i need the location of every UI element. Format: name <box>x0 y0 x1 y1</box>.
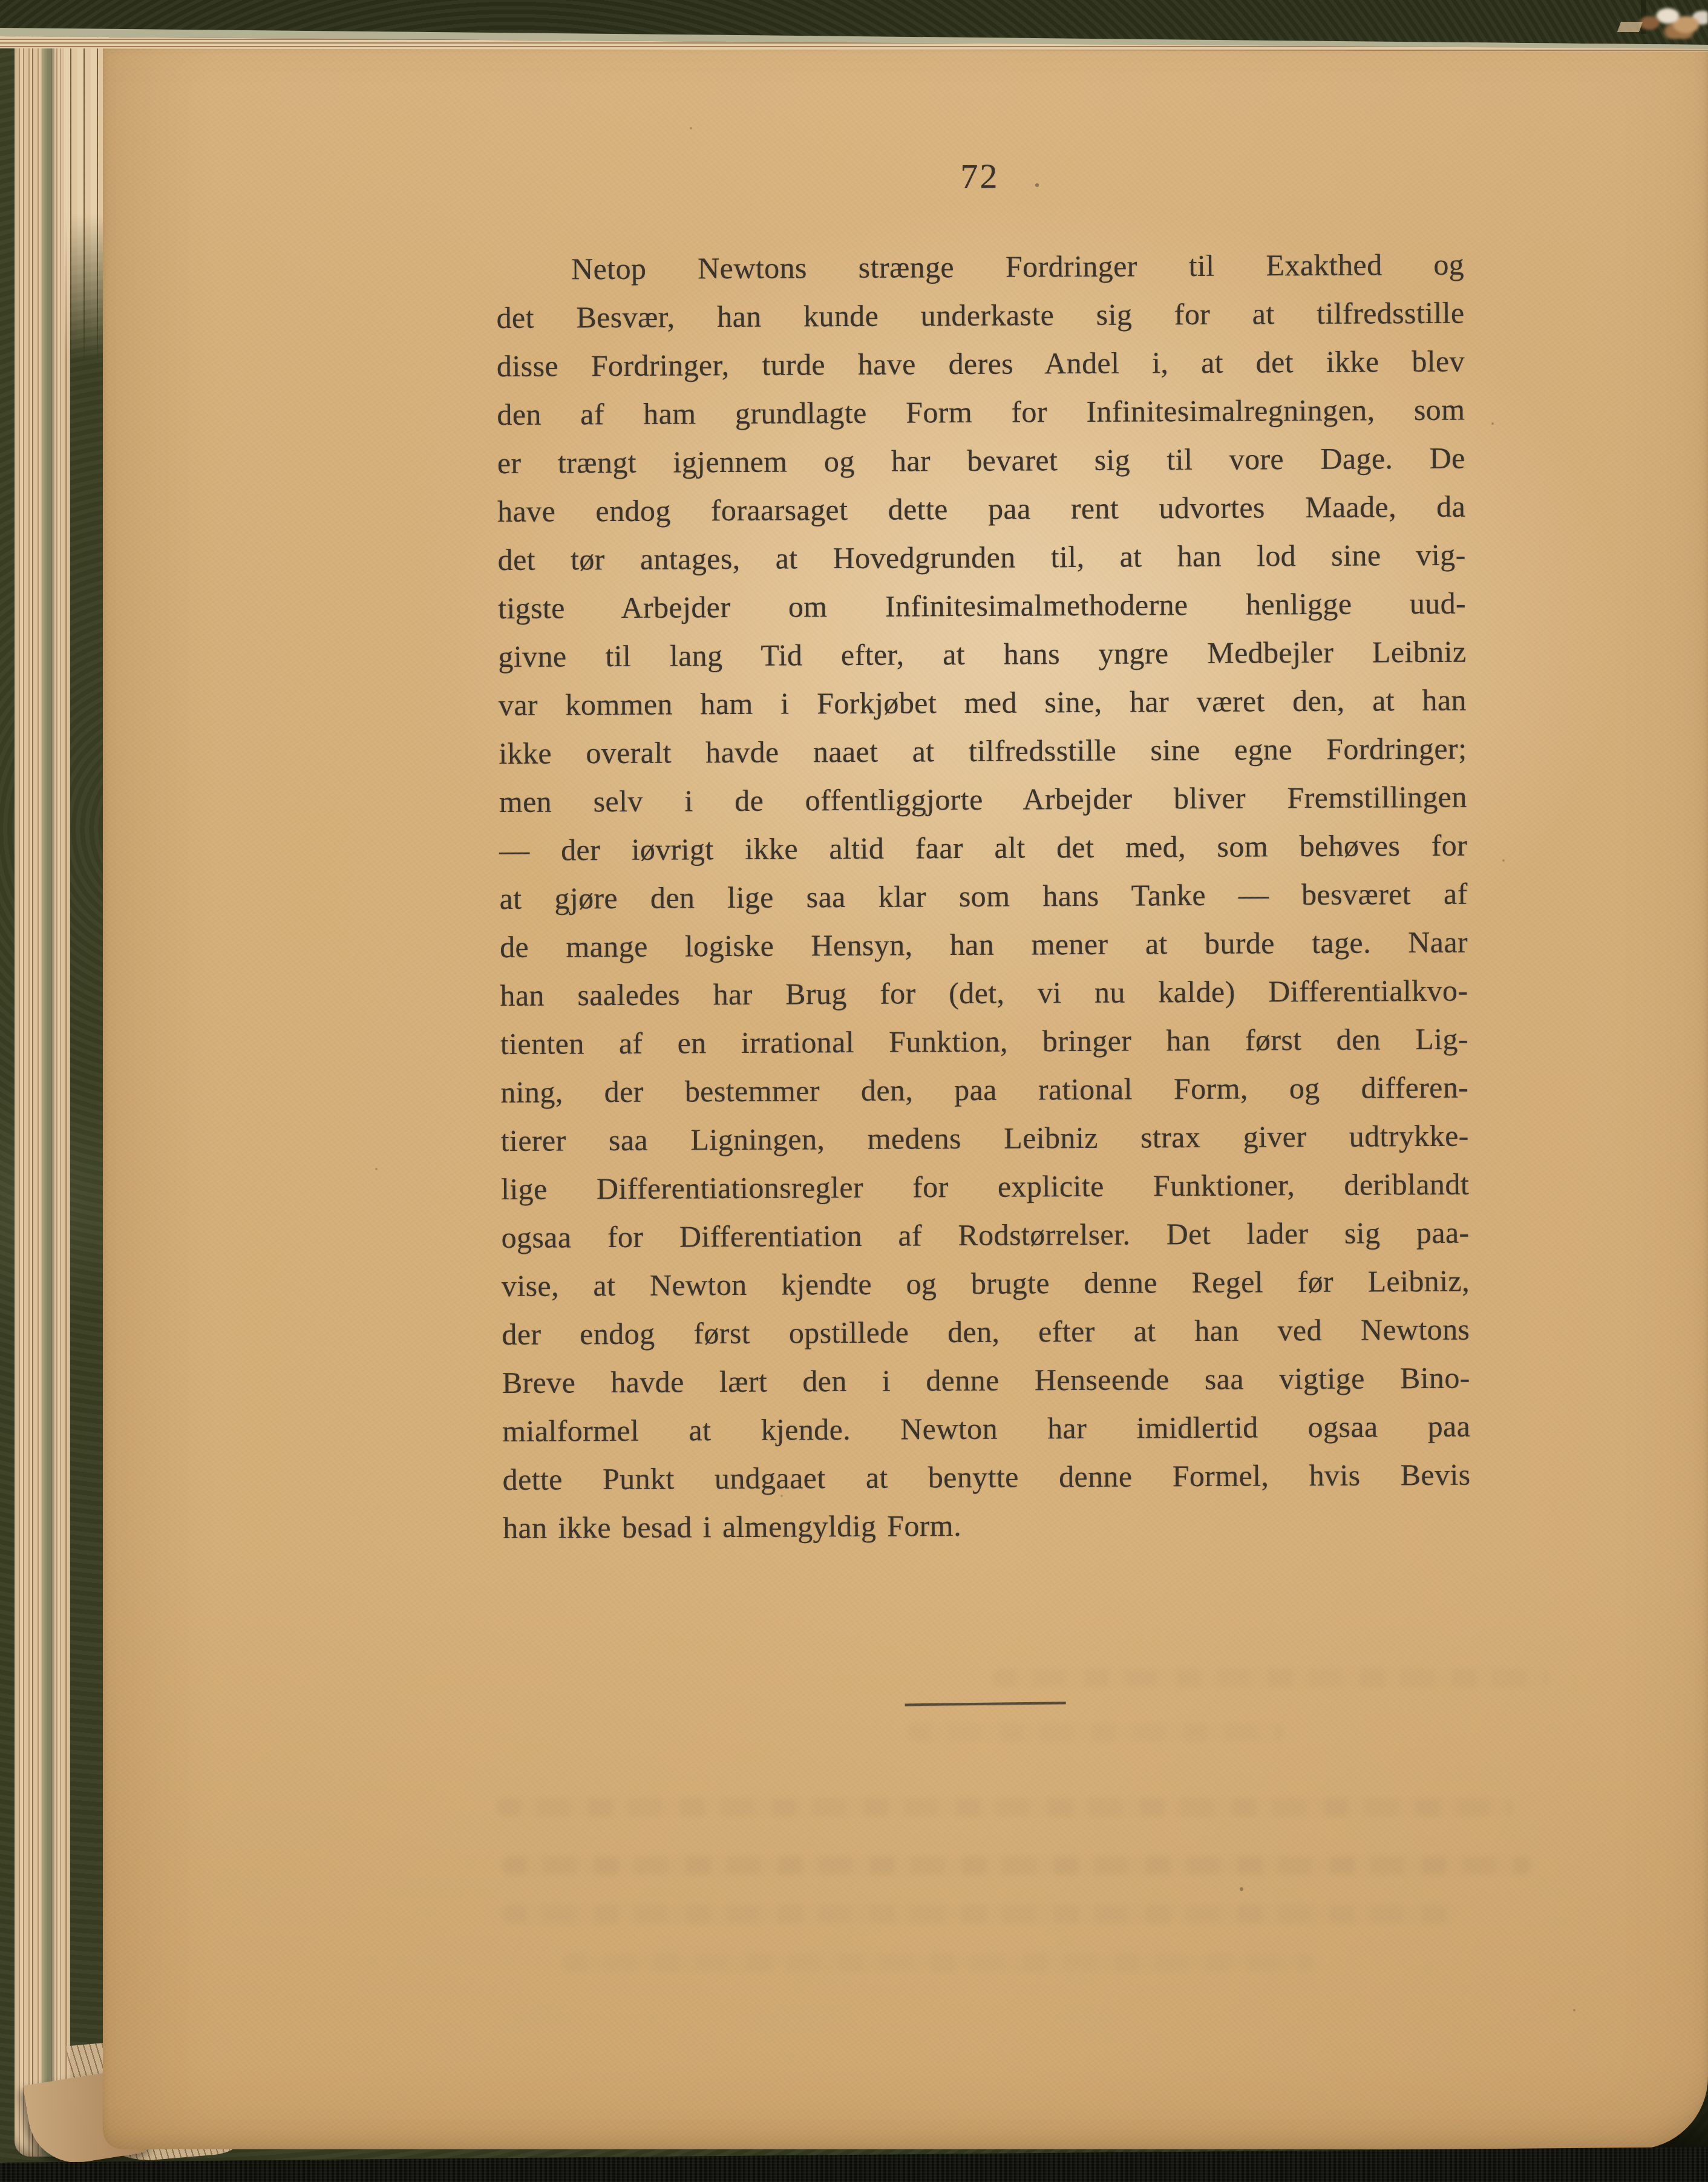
text-line: det Besvær, han kunde underkaste sig for… <box>496 289 1464 342</box>
text-line: det tør antages, at Hovedgrunden til, at… <box>497 531 1465 584</box>
text-line: — der iøvrigt ikke altid faar alt det me… <box>499 821 1467 874</box>
page-number: 72 <box>496 156 1464 197</box>
text-line: den af ham grundlagte Form for Infinites… <box>497 385 1465 439</box>
text-line: givne til lang Tid efter, at hans yngre … <box>498 627 1466 681</box>
book-photo: 72 Netop Newtons strænge Fordringer til … <box>0 0 1708 2182</box>
text-line: Netop Newtons strænge Fordringer til Exa… <box>496 240 1464 293</box>
text-line: have endog foraarsaget dette paa rent ud… <box>497 482 1465 536</box>
cover-wear-fleck <box>1617 22 1643 32</box>
text-line: dette Punkt undgaaet at benytte denne Fo… <box>502 1450 1470 1504</box>
cover-wear-patch <box>1635 4 1708 39</box>
text-line: at gjøre den lige saa klar som hans Tank… <box>499 870 1467 923</box>
text-line: mialformel at kjende. Newton har imidler… <box>502 1402 1470 1455</box>
text-line: men selv i de offentliggjorte Arbejder b… <box>499 773 1467 826</box>
text-line: han ikke besad i almengyldig Form. <box>503 1499 1471 1552</box>
show-through-text-row <box>502 1905 1458 1923</box>
text-line: er trængt igjennem og har bevaret sig ti… <box>497 434 1465 487</box>
show-through-text-row <box>992 1669 1549 1687</box>
show-through-text-row <box>496 1798 1513 1817</box>
text-line: der endog først opstillede den, efter at… <box>502 1305 1470 1358</box>
printed-content: 72 Netop Newtons strænge Fordringer til … <box>102 36 1708 2152</box>
text-line: ning, der bestemmer den, paa rational Fo… <box>500 1063 1468 1116</box>
book-page: 72 Netop Newtons strænge Fordringer til … <box>103 42 1708 2149</box>
text-line: var kommen ham i Forkjøbet med sine, har… <box>499 676 1467 729</box>
text-line: tienten af en irrational Funktion, bring… <box>500 1015 1468 1068</box>
text-line: ogsaa for Differentiation af Rodstørrels… <box>501 1208 1469 1262</box>
show-through-text-row <box>908 1723 1283 1741</box>
text-line: disse Fordringer, turde have deres Andel… <box>497 337 1465 390</box>
text-line: ikke overalt havde naaet at tilfredsstil… <box>499 724 1467 778</box>
text-line: vise, at Newton kjendte og brugte denne … <box>502 1257 1470 1310</box>
show-through-text-row <box>563 1953 1313 1971</box>
text-line: han saaledes har Brug for (det, vi nu ka… <box>500 966 1468 1020</box>
section-divider-rule <box>905 1702 1066 1706</box>
text-line: tigste Arbejder om Infinitesimalmethoder… <box>498 579 1466 632</box>
show-through-text-row <box>502 1856 1531 1875</box>
page-stack-olive-strip <box>40 33 54 2157</box>
page-stack-fore-edges <box>15 33 70 2157</box>
text-line: de mange logiske Hensyn, han mener at bu… <box>500 918 1468 971</box>
paragraph-text: Netop Newtons strænge Fordringer til Exa… <box>496 240 1471 1552</box>
text-line: tierer saa Ligningen, medens Leibniz str… <box>501 1112 1469 1165</box>
text-line: lige Differentiationsregler for explicit… <box>501 1160 1469 1213</box>
text-line: Breve havde lært den i denne Henseende s… <box>502 1354 1470 1407</box>
